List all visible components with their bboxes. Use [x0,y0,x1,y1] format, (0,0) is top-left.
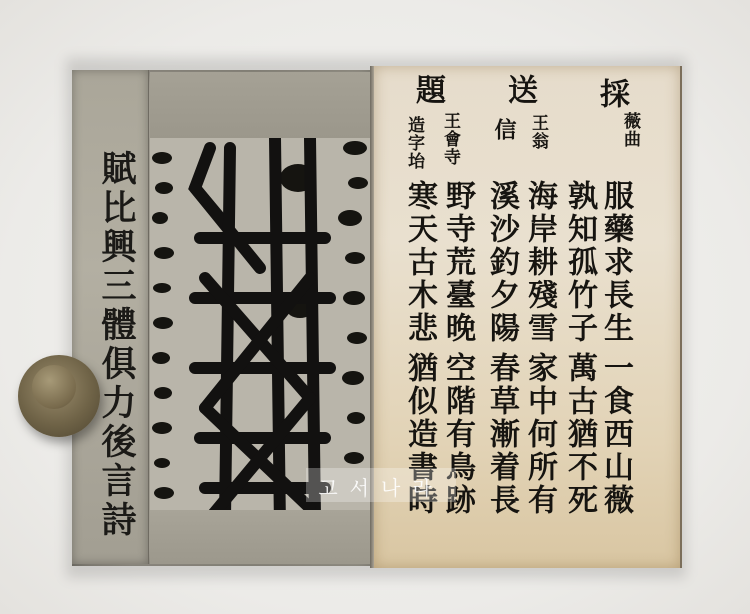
book-title-text: 賦比興三體俱⼒後言詩 [84,150,138,540]
poem-title-note: 王翁 [528,114,548,150]
poem-line: 海岸耕殘雪 [522,180,556,345]
cover-bottom-panel [150,510,370,564]
poem-line: 野寺荒臺晚 [440,180,474,345]
poem-line: 寒天古木悲 [402,180,436,345]
poem-title-note: 薇曲 [620,112,640,148]
poem-heading: 採 [594,78,628,111]
poem-line: 家中何所有 [522,352,556,517]
poem-line: 服藥求長生 [598,180,632,345]
watermark: 고서나라 [306,468,456,502]
poem-heading: 送 [502,74,536,107]
brass-weight-knob [32,365,76,409]
poem-line: 萬古猶不死 [562,352,596,517]
poem-line: 一食西山薇 [598,352,632,517]
poem-heading: 題 [410,74,444,107]
poem-title-note: 信 [494,118,514,141]
poem-line: 春草漸着長 [484,352,518,517]
poem-title-note: 王會寺 [440,112,460,166]
poem-line: 溪沙釣夕陽 [484,180,518,345]
poem-title-note: 造字坮 [404,116,424,170]
cover-top-panel [150,72,370,139]
watermark-text: 고서나라 [306,472,456,501]
poem-line: 孰知孤竹子 [562,180,596,345]
